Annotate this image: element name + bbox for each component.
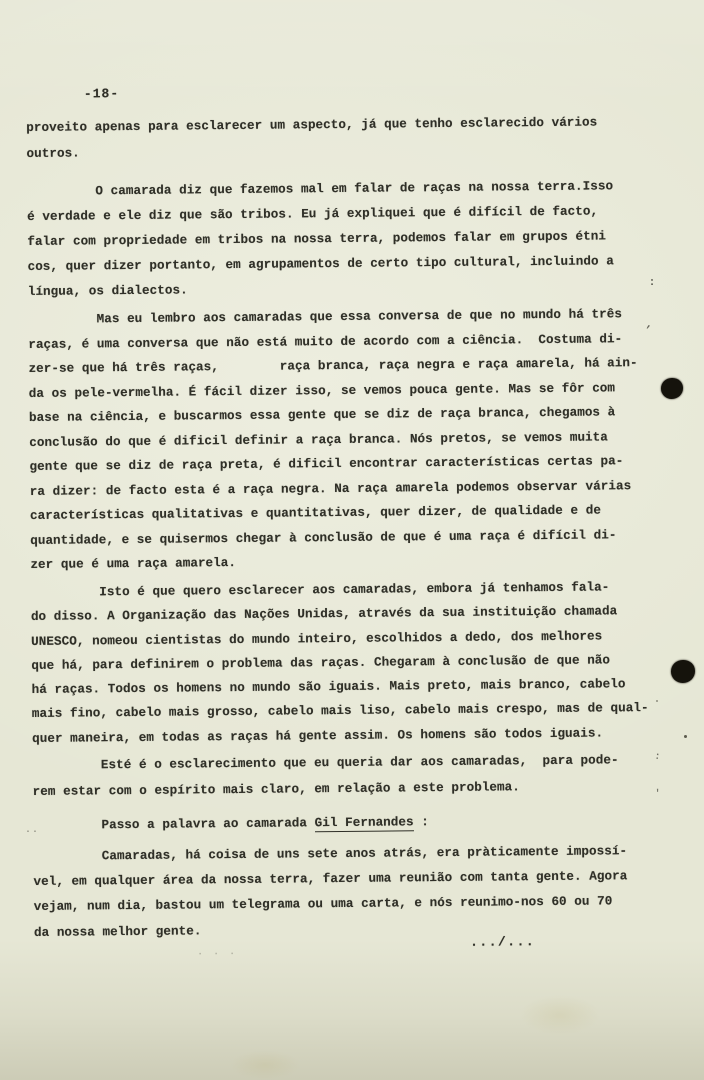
scanned-typewritten-page: -18- proveito apenas para esclarecer um … [0,0,704,1080]
right-margin-apostrophe-mark: ' [655,789,661,800]
paragraph: Camaradas, há coisa de uns sete anos atr… [33,838,694,945]
right-margin-speck-mark: : [649,277,656,289]
ink-speck [656,700,658,702]
text-line: quer maneira, em todas as raças há gente… [32,720,692,751]
paragraph: Isto é que quero esclarecer aos camarada… [31,575,693,751]
text-line: língua, os dialectos. [28,273,688,304]
continuation-mark: .../... [470,934,535,950]
ink-blot [671,660,695,683]
paragraph: Passo a palavra ao camarada Gil Fernande… [33,807,693,838]
document-body: proveito apenas para esclarecer um aspec… [0,0,699,3]
text-line: Passo a palavra ao camarada Gil Fernande… [33,807,693,838]
scan-content: -18- proveito apenas para esclarecer um … [0,0,704,1080]
page-number: -18- [84,86,119,101]
paragraph: O camarada diz que fazemos mal em falar … [27,173,688,304]
underlined-speaker-name: Gil Fernandes [315,814,414,832]
ink-speck [684,735,687,738]
text-line: rem estar com o espírito mais claro, em … [32,773,692,805]
left-margin-dots-mark: .. [25,825,39,836]
paragraph: proveito apenas para esclarecer um aspec… [26,109,686,166]
text-line: zer que é uma raça amarela. [30,547,690,578]
faint-dots-mark: . . . [197,947,237,958]
text-part: : [414,814,429,829]
ink-blot [661,378,683,399]
paragraph: Esté é o esclarecimento que eu queria da… [32,747,692,805]
text-part: Passo a palavra ao camarada [33,815,315,833]
paragraph: Mas eu lembro aos camaradas que essa con… [28,302,691,578]
